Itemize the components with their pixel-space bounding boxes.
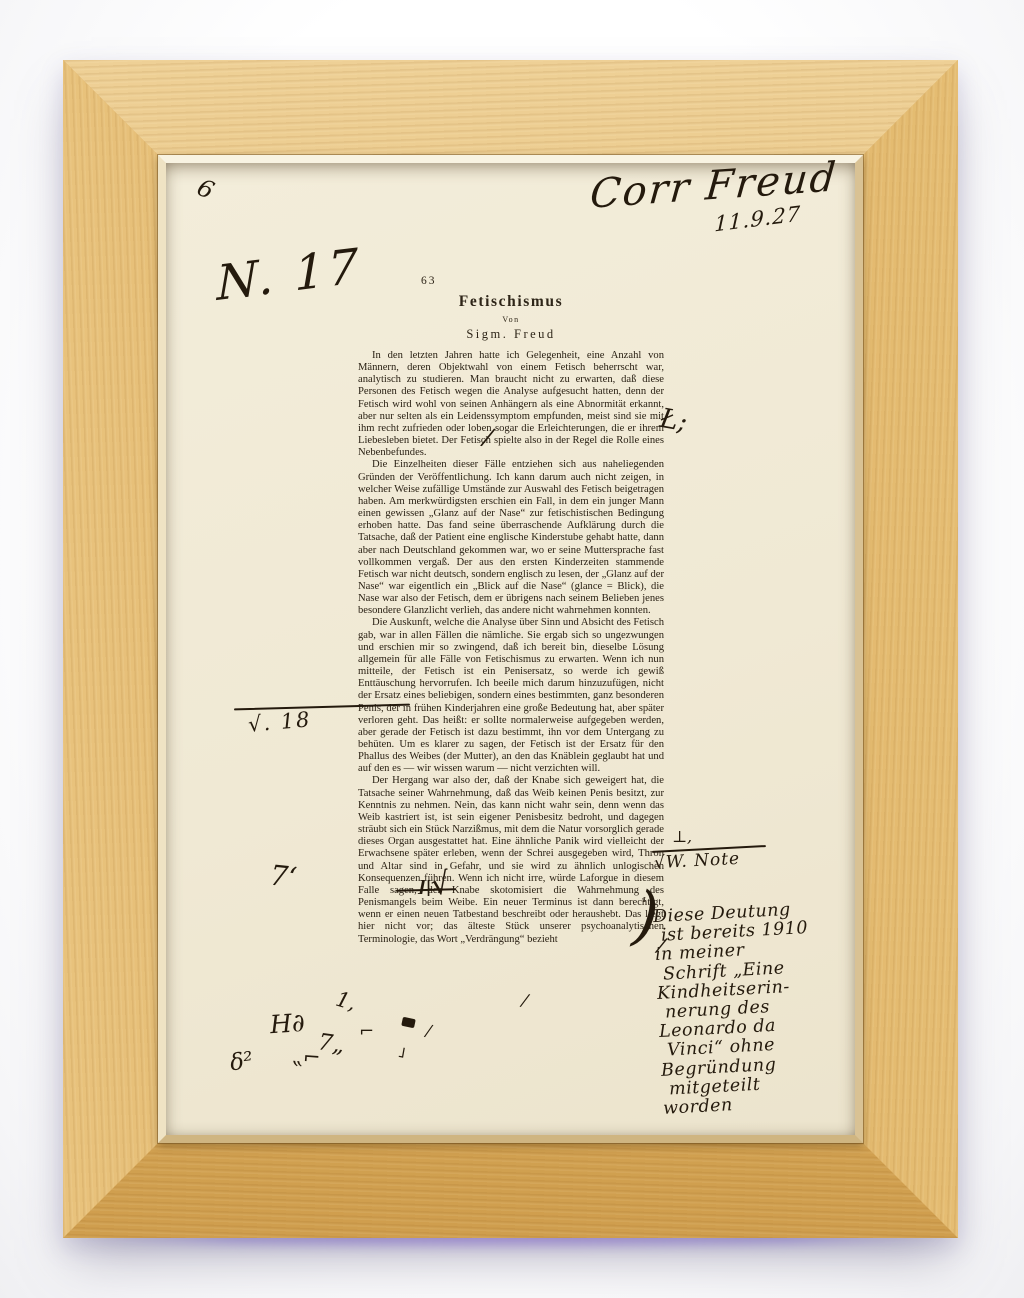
proof-cluster-mark: H∂ (269, 1008, 306, 1039)
footnote-reference-mark: ¹ (642, 895, 647, 909)
proof-cluster-mark: δ² (228, 1048, 254, 1077)
corr-signature: Corr Freud (588, 154, 839, 218)
gefahr-slash-mark: / (520, 991, 529, 1012)
deletion-mark (401, 1017, 416, 1029)
author-name: Sigm. Freud (358, 327, 664, 342)
handwritten-margin-note: Diese Deutung ist bereits 1910 in meiner… (653, 898, 854, 1119)
semicolon-insert-mark: Ł; (658, 403, 690, 438)
corner-handwritten-mark: 6 (193, 173, 218, 205)
paragraph: Die Auskunft, welche die Analyse über Si… (358, 617, 664, 775)
paragraph: In den letzten Jahren hatte ich Gelegenh… (358, 350, 664, 459)
weibe-hook-mark: ¬ (392, 1044, 413, 1061)
byline-label: Von (358, 315, 664, 324)
page-number: 63 (421, 275, 437, 287)
sheet-number-mark: N. 17 (216, 238, 361, 312)
picture-frame: 63 Fetischismus Von Sigm. Freud In den l… (63, 60, 958, 1238)
note-header: √W. Note (654, 849, 741, 873)
title-block: Fetischismus Von Sigm. Freud (358, 293, 664, 342)
proof-cluster-mark: 7„ (316, 1029, 346, 1058)
page-title: Fetischismus (358, 293, 664, 311)
proof-cluster-mark: 1, (333, 987, 359, 1016)
comma-insert-mark: ⊥, (672, 827, 692, 846)
insert-7-mark: 7‘ (268, 859, 298, 895)
printed-text-column: In den letzten Jahren hatte ich Gelegenh… (358, 350, 664, 946)
framed-document-photo: 63 Fetischismus Von Sigm. Freud In den l… (0, 0, 1024, 1298)
check-18-mark: √. 18 (247, 707, 312, 736)
paragraph: Die Einzelheiten dieser Fälle entziehen … (358, 459, 664, 617)
paragraph: Der Hergang war also der, daß der Knabe … (358, 775, 664, 945)
skotomisiert-slash-mark: / (425, 1021, 433, 1041)
proof-cluster-mark: ¬„ (291, 1044, 321, 1070)
skotomisiert-bracket-mark: ¬ (359, 1021, 374, 1042)
proof-page: 63 Fetischismus Von Sigm. Freud In den l… (166, 163, 855, 1135)
